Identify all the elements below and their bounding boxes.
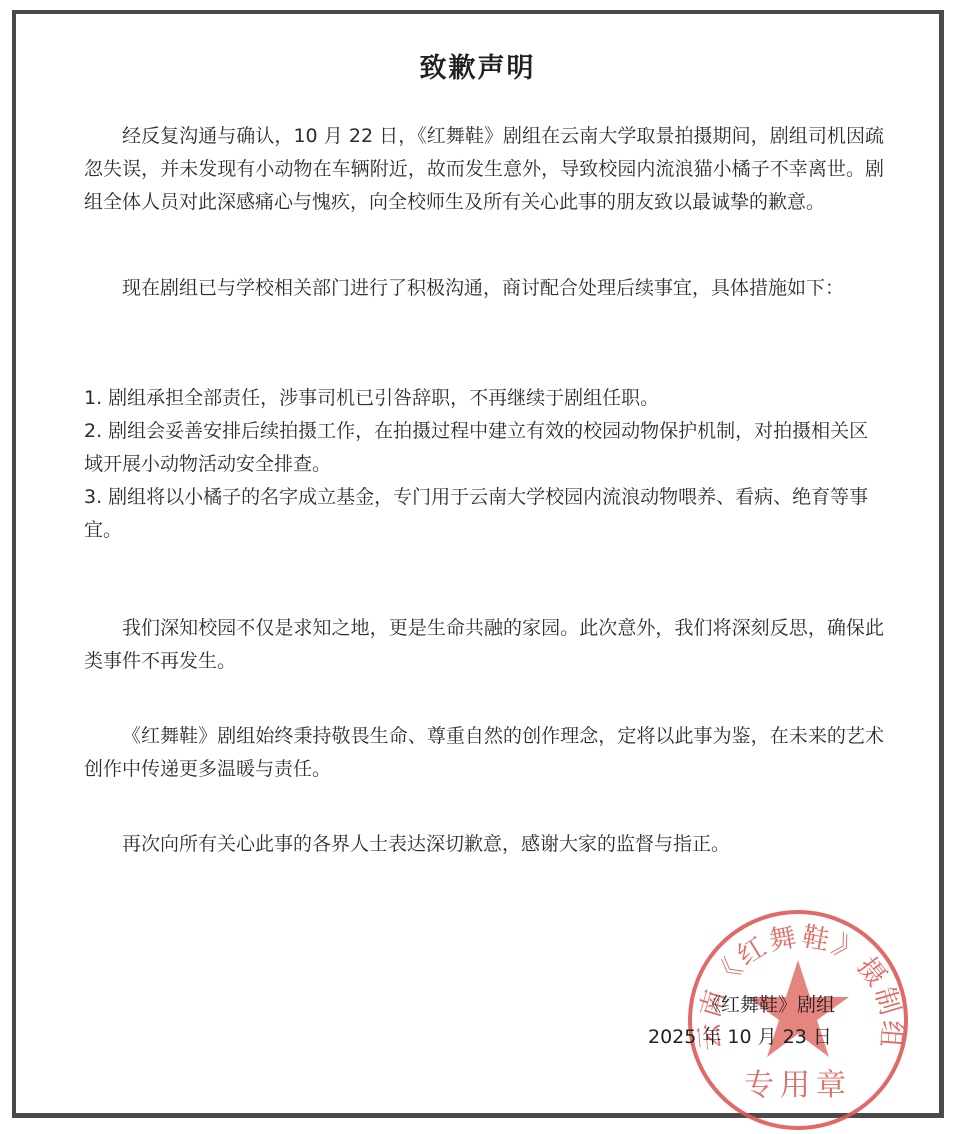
list-item: 3. 剧组将以小橘子的名字成立基金，专门用于云南大学校园内流浪动物喂养、看病、绝… <box>84 481 884 547</box>
signature-org: 《红舞鞋》剧组 <box>702 990 835 1017</box>
paragraph-text: 我们深知校园不仅是求知之地，更是生命共融的家园。此次意外，我们将深刻反思，确保此… <box>84 612 884 678</box>
paragraph-commitment: 《红舞鞋》剧组始终秉持敬畏生命、尊重自然的创作理念，定将以此事为鉴，在未来的艺术… <box>84 720 884 786</box>
paragraph-text: 再次向所有关心此事的各界人士表达深切歉意，感谢大家的监督与指正。 <box>84 828 884 861</box>
paragraph-reflection: 我们深知校园不仅是求知之地，更是生命共融的家园。此次意外，我们将深刻反思，确保此… <box>84 612 884 678</box>
list-item: 1. 剧组承担全部责任，涉事司机已引咎辞职，不再继续于剧组任职。 <box>84 382 884 415</box>
measures-list: 1. 剧组承担全部责任，涉事司机已引咎辞职，不再继续于剧组任职。 2. 剧组会妥… <box>84 382 884 547</box>
document-title: 致歉声明 <box>16 46 939 85</box>
paragraph-text: 《红舞鞋》剧组始终秉持敬畏生命、尊重自然的创作理念，定将以此事为鉴，在未来的艺术… <box>84 720 884 786</box>
paragraph-text: 经反复沟通与确认，10 月 22 日，《红舞鞋》剧组在云南大学取景拍摄期间，剧组… <box>84 120 884 219</box>
stamp-bottom-text: 专用章 <box>744 1068 852 1103</box>
paragraph-closing: 再次向所有关心此事的各界人士表达深切歉意，感谢大家的监督与指正。 <box>84 828 884 861</box>
list-item: 2. 剧组会妥善安排后续拍摄工作，在拍摄过程中建立有效的校园动物保护机制，对拍摄… <box>84 415 884 481</box>
signature-date: 2025 年 10 月 23 日 <box>648 1022 832 1049</box>
official-seal-icon: 云南《红舞鞋》摄制组 专用章 <box>683 905 913 1134</box>
paragraph-text: 现在剧组已与学校相关部门进行了积极沟通，商讨配合处理后续事宜，具体措施如下： <box>84 272 884 305</box>
paragraph-intro: 经反复沟通与确认，10 月 22 日，《红舞鞋》剧组在云南大学取景拍摄期间，剧组… <box>84 120 884 219</box>
paragraph-measures-intro: 现在剧组已与学校相关部门进行了积极沟通，商讨配合处理后续事宜，具体措施如下： <box>84 272 884 305</box>
